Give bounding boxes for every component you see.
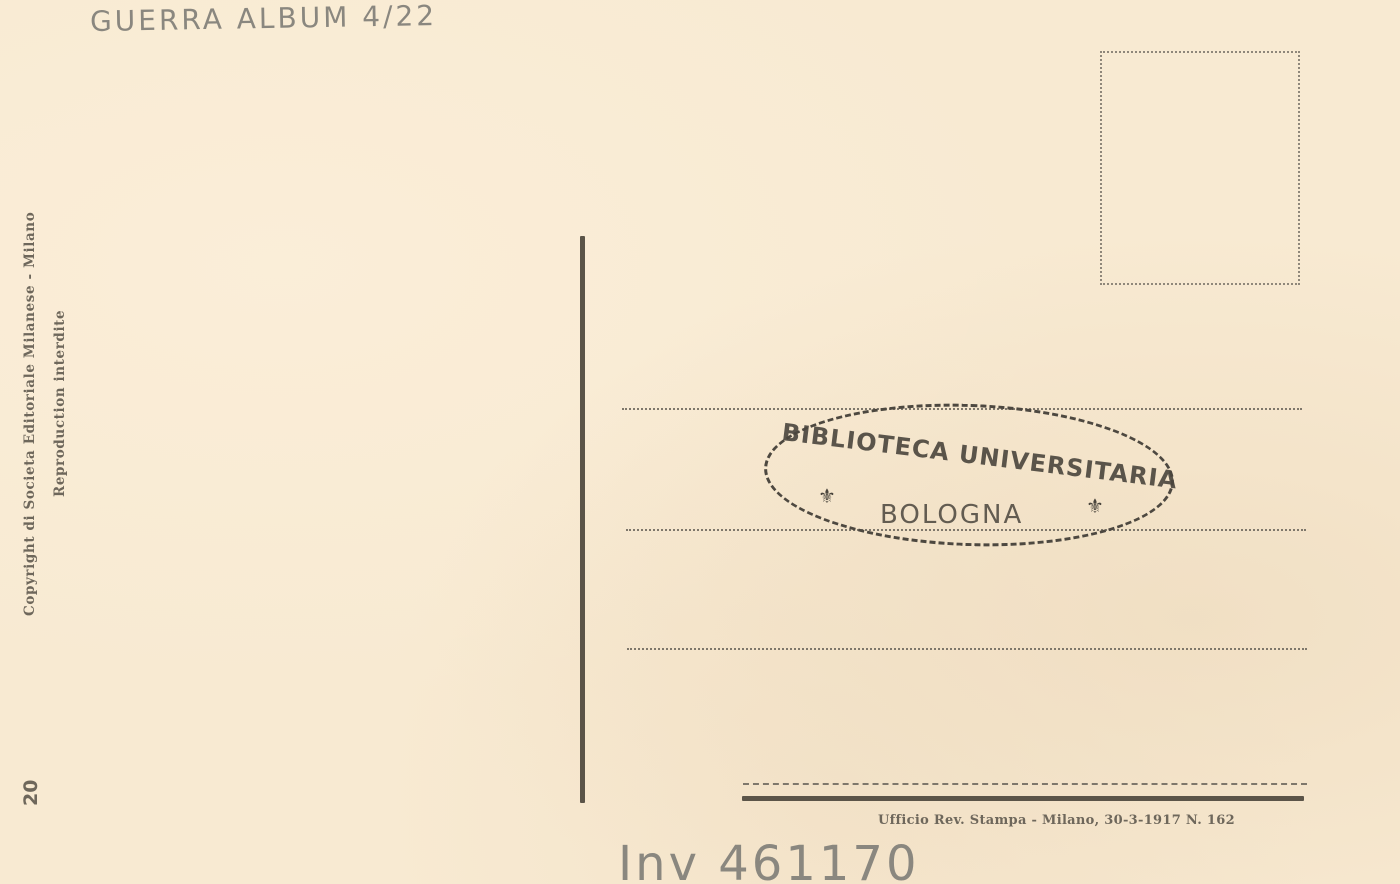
printer-imprint: Ufficio Rev. Stampa - Milano, 30-3-1917 … bbox=[878, 813, 1235, 828]
address-base-rule bbox=[742, 796, 1304, 801]
center-divider-line bbox=[580, 236, 585, 803]
fleur-icon: ⚜ bbox=[818, 484, 836, 508]
copyright-text: Copyright di Societa Editoriale Milanese… bbox=[22, 212, 38, 616]
library-stamp-city: BOLOGNA bbox=[880, 500, 1023, 530]
handwritten-inventory-number: Inv 461170 bbox=[618, 836, 919, 884]
postage-stamp-box bbox=[1100, 51, 1300, 285]
address-line-4 bbox=[743, 783, 1307, 785]
reproduction-notice: Reproduction interdite bbox=[52, 310, 68, 497]
fleur-icon: ⚜ bbox=[1086, 494, 1104, 518]
address-line-3 bbox=[627, 648, 1307, 650]
handwritten-album-note: GUERRA ALBUM 4/22 bbox=[90, 0, 438, 38]
card-number: 20 bbox=[20, 780, 42, 806]
